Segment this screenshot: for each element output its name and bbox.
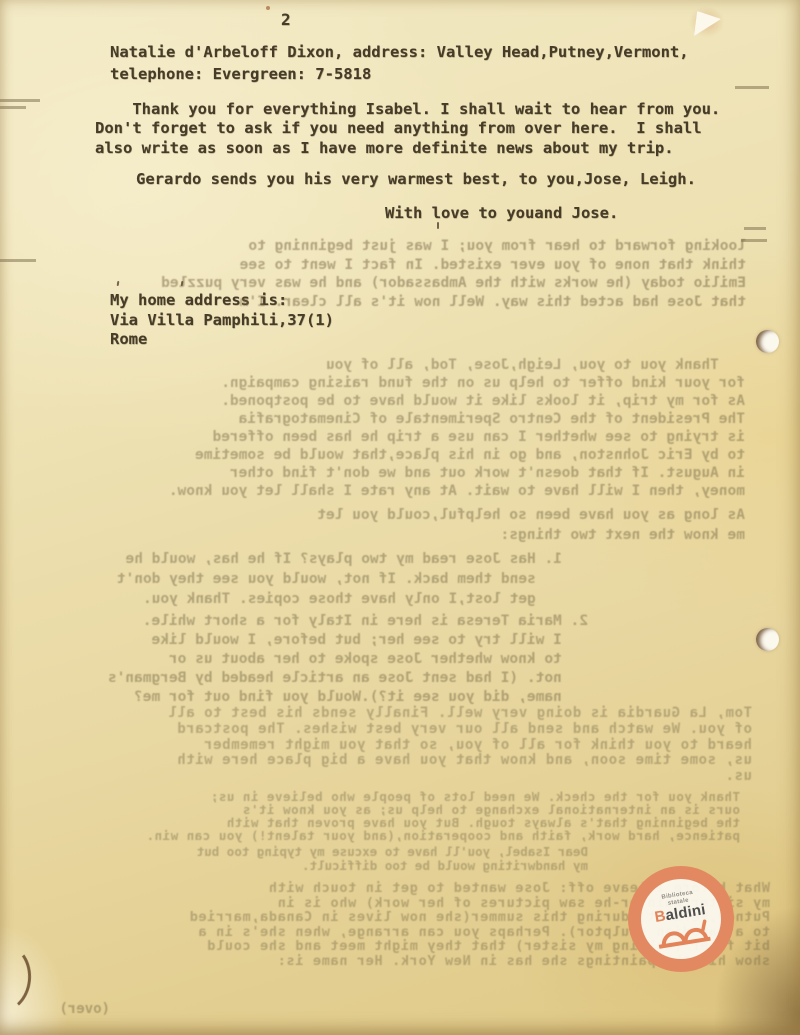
- ink-speck: [437, 222, 439, 229]
- bleedthrough-block-e: Tom, La Guardia is doing very well. Fina…: [80, 706, 752, 785]
- bleedthrough-block-f: Thank you for the check. We need lots of…: [80, 790, 740, 842]
- paragraph-gerardo: Gerardo sends you his very warmest best,…: [136, 170, 696, 189]
- library-stamp-content: Biblioteca statale Baldini: [635, 873, 727, 965]
- ink-speck: [266, 6, 270, 10]
- edge-dash-mark: [735, 86, 769, 89]
- edge-dash-mark: [0, 99, 40, 102]
- paragraph-thanks: Thank you for everything Isabel. I shall…: [95, 100, 720, 158]
- contact-block: Natalie d'Arbeloff Dixon, address: Valle…: [110, 42, 689, 85]
- bleedthrough-block-d: 2. Maria Teresa is here in Italy for a s…: [88, 612, 588, 707]
- punch-hole-top: [756, 330, 779, 353]
- bleedthrough-block-a: looking forward to hear from you; I was …: [86, 237, 746, 311]
- page-number: 2: [281, 10, 291, 29]
- bleedthrough-block-f2: Dear Isabel, you'll have to excuse my ty…: [96, 845, 588, 872]
- bleedthrough-over-note: (over): [30, 1000, 110, 1018]
- edge-dash-mark: [0, 106, 26, 109]
- library-stamp: Biblioteca statale Baldini: [628, 866, 734, 972]
- edge-dash-mark: [0, 259, 36, 262]
- edge-dash-mark: [744, 227, 766, 230]
- punch-hole-bottom: [756, 628, 779, 651]
- closing-line: With love to youand Jose.: [385, 204, 618, 223]
- edge-dash-mark: [741, 239, 767, 242]
- bleedthrough-block-b2: As long as you have been so helpful,coul…: [95, 505, 745, 545]
- bleedthrough-block-c: 1. Has Jose read my two plays? If he has…: [97, 549, 562, 609]
- scanned-letter-page: 2 Natalie d'Arbeloff Dixon, address: Val…: [0, 0, 800, 1035]
- bleedthrough-block-b: Thank you to you, Leigh,Jose, Tod, all o…: [85, 356, 745, 500]
